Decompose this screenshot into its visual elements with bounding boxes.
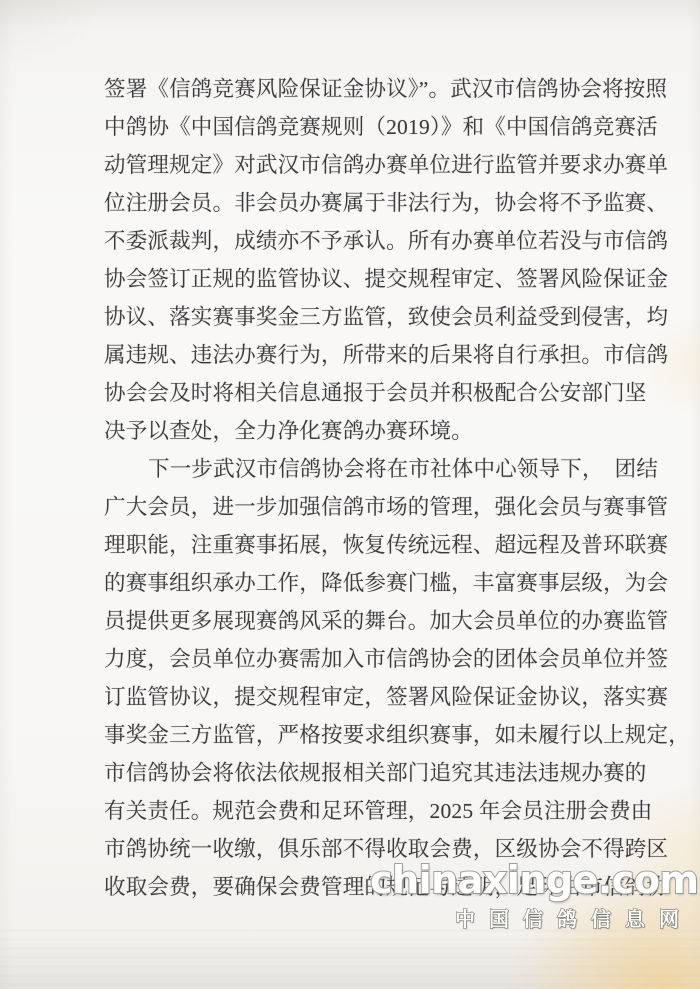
text-line: 力度，会员单位办赛需加入市信鸽协会的团体会员单位并签 <box>104 640 623 678</box>
text-line: 广大会员，进一步加强信鸽市场的管理，强化会员与赛事管 <box>104 488 623 526</box>
text-line: 有关责任。规范会费和足环管理，2025 年会员注册会费由 <box>104 792 623 830</box>
watermark-site-url: chinaxinge.com <box>370 858 700 902</box>
text-line: 决予以查处，全力净化赛鸽办赛环境。 <box>104 412 623 450</box>
text-line: 协会会及时将相关信息通报于会员并积极配合公安部门坚 <box>104 374 623 412</box>
text-line: 下一步武汉市信鸽协会将在市社体中心领导下， 团结 <box>104 450 623 488</box>
text-line: 位注册会员。非会员办赛属于非法行为，协会将不予监赛、 <box>104 184 623 222</box>
text-line: 协会签订正规的监管协议、提交规程审定、签署风险保证金 <box>104 260 623 298</box>
watermark-site-name: 中国信鸽信息网 <box>455 903 700 932</box>
text-line: 事奖金三方监管，严格按要求组织赛事，如未履行以上规定， <box>104 716 623 754</box>
text-line: 不委派裁判，成绩亦不予承认。所有办赛单位若没与市信鸽 <box>104 222 623 260</box>
text-line: 动管理规定》对武汉市信鸽办赛单位进行监管并要求办赛单 <box>104 146 623 184</box>
text-line: 市信鸽协会将依法依规报相关部门追究其违法违规办赛的 <box>104 754 623 792</box>
text-line: 签署《信鸽竞赛风险保证金协议》”。武汉市信鸽协会将按照 <box>104 70 623 108</box>
text-line: 的赛事组织承办工作，降低参赛门槛，丰富赛事层级，为会 <box>104 564 623 602</box>
document-text: 签署《信鸽竞赛风险保证金协议》”。武汉市信鸽协会将按照 中鸽协《中国信鸽竞赛规则… <box>104 70 623 906</box>
text-line: 协议、落实赛事奖金三方监管，致使会员利益受到侵害，均 <box>104 298 623 336</box>
text-line: 属违规、违法办赛行为，所带来的后果将自行承担。市信鸽 <box>104 336 623 374</box>
text-line: 理职能，注重赛事拓展，恢复传统远程、超远程及普环联赛 <box>104 526 623 564</box>
scan-streaks <box>0 929 700 989</box>
text-line: 中鸽协《中国信鸽竞赛规则（2019）》和《中国信鸽竞赛活 <box>104 108 623 146</box>
text-line: 员提供更多展现赛鸽风采的舞台。加大会员单位的办赛监管 <box>104 602 623 640</box>
text-line: 订监管协议，提交规程审定，签署风险保证金协议，落实赛 <box>104 678 623 716</box>
